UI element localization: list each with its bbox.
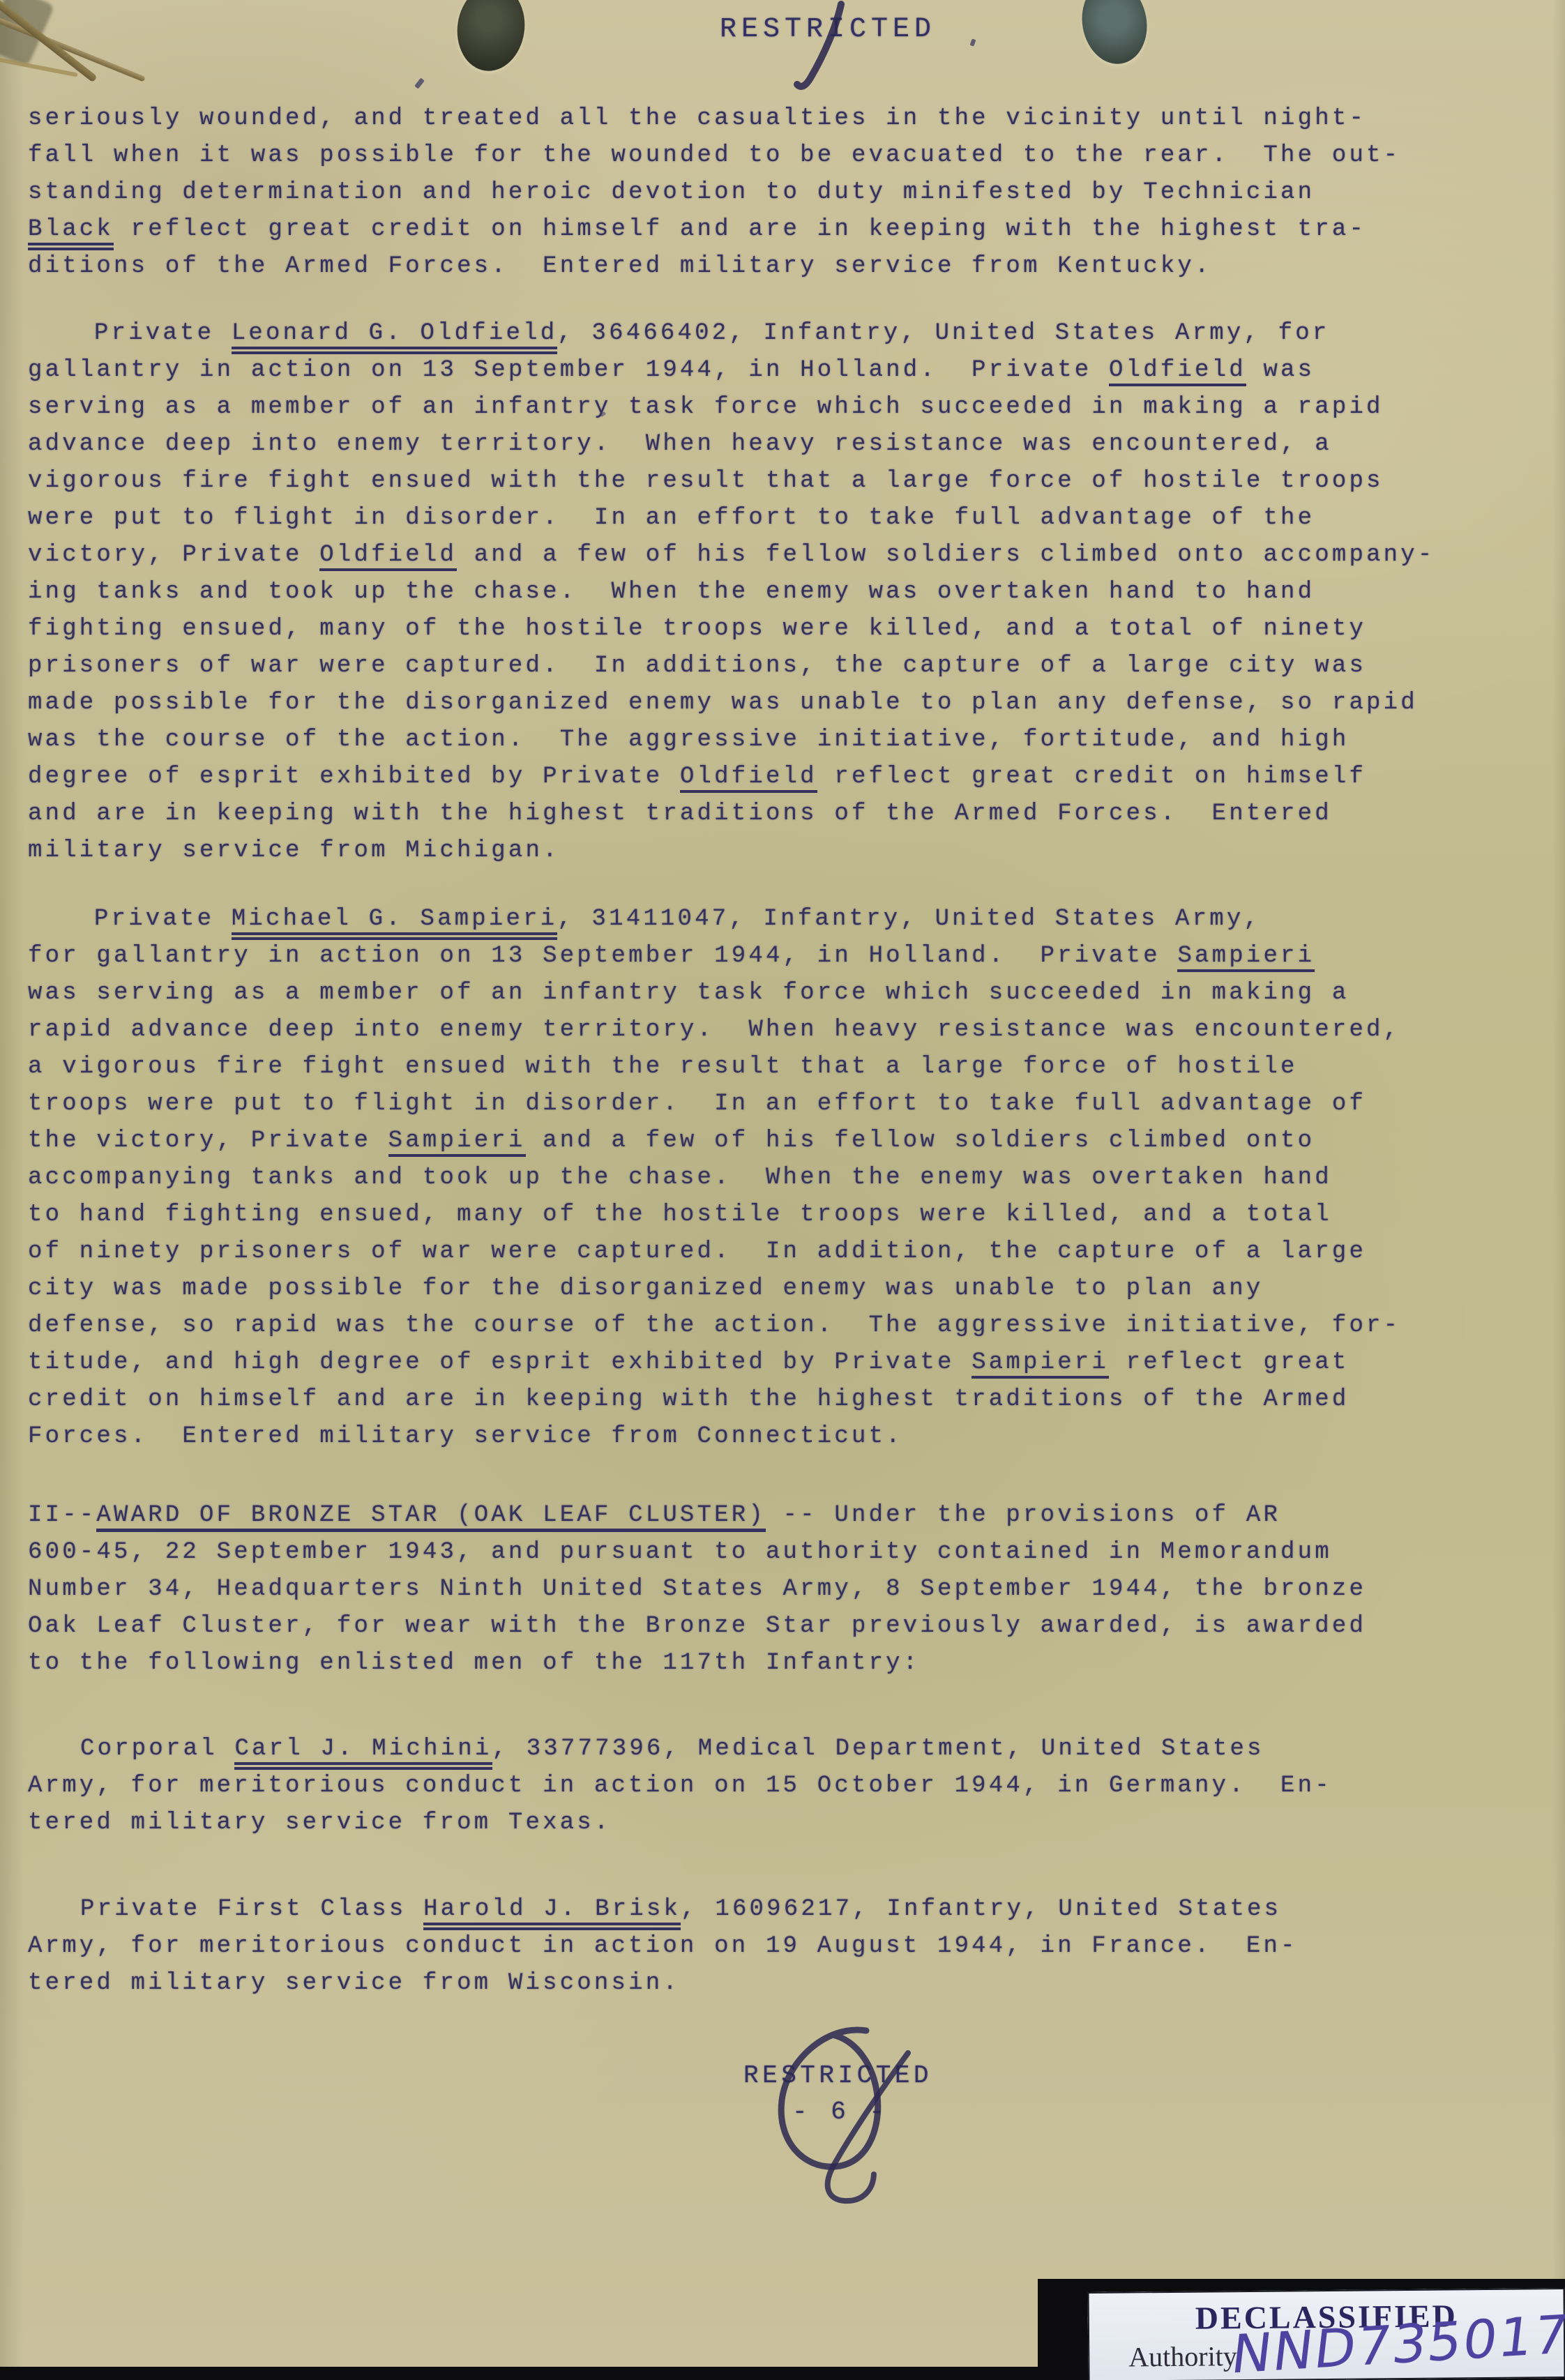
text-segment: Private <box>94 906 232 932</box>
text-segment: Army, for meritorious conduct in action … <box>28 1773 1332 1799</box>
text-segment: victory, Private <box>28 542 319 568</box>
typed-line: ditions of the Armed Forces. Entered mil… <box>28 248 1537 285</box>
punch-hole <box>452 0 530 75</box>
underlined-text: Oldfield <box>319 542 457 571</box>
text-segment: tered military service from Texas. <box>28 1810 612 1836</box>
text-segment: Forces. Entered military service from Co… <box>28 1423 903 1450</box>
typed-line: credit on himself and are in keeping wit… <box>28 1381 1537 1418</box>
underlined-text: AWARD OF BRONZE STAR (OAK LEAF CLUSTER) <box>96 1502 766 1532</box>
typed-line: Forces. Entered military service from Co… <box>28 1418 1537 1455</box>
underlined-text: Black <box>28 216 114 250</box>
typed-line: rapid advance deep into enemy territory.… <box>28 1012 1537 1049</box>
underlined-text: Michael G. Sampieri <box>232 906 557 940</box>
typed-line: II--AWARD OF BRONZE STAR (OAK LEAF CLUST… <box>28 1497 1537 1534</box>
text-segment: prisoners of war were captured. In addit… <box>28 653 1366 679</box>
typed-line: Private Leonard G. Oldfield, 36466402, I… <box>28 315 1537 352</box>
text-segment: II-- <box>28 1502 96 1529</box>
document-body: seriously wounded, and treated all the c… <box>28 100 1537 2002</box>
typed-line: titude, and high degree of esprit exhibi… <box>28 1344 1537 1381</box>
typed-line: accompanying tanks and took up the chase… <box>28 1160 1537 1197</box>
text-segment: Corporal <box>80 1736 234 1762</box>
text-segment: standing determination and heroic devoti… <box>28 179 1315 206</box>
text-segment: Army, for meritorious conduct in action … <box>28 1933 1298 1960</box>
text-segment: was <box>1246 357 1315 384</box>
page-edge-shading-right <box>1552 0 1565 2380</box>
typed-line: ing tanks and took up the chase. When th… <box>28 574 1537 611</box>
typed-line: Private First Class Harold J. Brisk, 160… <box>28 1891 1537 1928</box>
text-segment: fighting ensued, many of the hostile tro… <box>28 616 1366 642</box>
paragraph-michini-citation: Corporal Carl J. Michini, 33777396, Medi… <box>28 1731 1537 1842</box>
text-segment: degree of esprit exhibited by Private <box>28 764 680 790</box>
underlined-text: Sampieri <box>971 1349 1109 1379</box>
typed-line: Number 34, Headquarters Ninth United Sta… <box>28 1571 1537 1608</box>
declassified-authority-label: Authority <box>1128 2340 1237 2373</box>
text-segment: titude, and high degree of esprit exhibi… <box>28 1349 971 1376</box>
text-segment: gallantry in action on 13 September 1944… <box>28 357 1109 384</box>
underlined-text: Oldfield <box>680 764 817 793</box>
typed-line: tered military service from Texas. <box>28 1805 1537 1842</box>
typed-line: tered military service from Wisconsin. <box>28 1965 1537 2002</box>
text-segment: defense, so rapid was the course of the … <box>28 1312 1400 1339</box>
text-segment: of ninety prisoners of war were captured… <box>28 1238 1366 1265</box>
underlined-text: Leonard G. Oldfield <box>232 320 557 354</box>
typed-line: degree of esprit exhibited by Private Ol… <box>28 759 1537 796</box>
typed-line: standing determination and heroic devoti… <box>28 174 1537 211</box>
typed-line: made possible for the disorganized enemy… <box>28 685 1537 722</box>
declassified-stamp: DECLASSIFIED Authority NND735017 <box>1087 2288 1565 2380</box>
typed-line: and are in keeping with the highest trad… <box>28 796 1537 833</box>
document-page: RESTRICTED RESTRICTED - 6 - seriously wo… <box>0 0 1565 2380</box>
text-segment: was serving as a member of an infantry t… <box>28 980 1349 1006</box>
typed-line: gallantry in action on 13 September 1944… <box>28 352 1537 389</box>
text-segment: Private First Class <box>80 1896 423 1923</box>
restricted-stamp-bottom: RESTRICTED <box>743 2061 932 2090</box>
text-segment: military service from Michigan. <box>28 837 560 864</box>
text-segment: -- Under the provisions of AR <box>766 1502 1280 1529</box>
typed-line: prisoners of war were captured. In addit… <box>28 648 1537 685</box>
text-segment: the victory, Private <box>28 1128 388 1154</box>
typed-line: for gallantry in action on 13 September … <box>28 938 1537 975</box>
text-segment: advance deep into enemy territory. When … <box>28 431 1332 457</box>
text-segment: for gallantry in action on 13 September … <box>28 943 1177 969</box>
typed-line: Black reflect great credit on himself an… <box>28 211 1537 248</box>
section-ii-award-of-bronze-star: II--AWARD OF BRONZE STAR (OAK LEAF CLUST… <box>28 1497 1537 1682</box>
typed-line: fall when it was possible for the wounde… <box>28 137 1537 174</box>
typed-line: a vigorous fire fight ensued with the re… <box>28 1049 1537 1086</box>
underlined-text: Oldfield <box>1109 357 1246 386</box>
paragraph-oldfield-citation: Private Leonard G. Oldfield, 36466402, I… <box>28 315 1537 870</box>
typed-line: military service from Michigan. <box>28 833 1537 870</box>
ink-speck <box>414 77 425 89</box>
typed-line: troops were put to flight in disorder. I… <box>28 1086 1537 1123</box>
restricted-stamp-top: RESTRICTED <box>720 14 936 45</box>
underlined-text: Carl J. Michini <box>234 1736 492 1770</box>
text-segment: and are in keeping with the highest trad… <box>28 801 1332 827</box>
text-segment: made possible for the disorganized enemy… <box>28 690 1418 716</box>
typed-line: Corporal Carl J. Michini, 33777396, Medi… <box>28 1731 1537 1768</box>
text-segment: a vigorous fire fight ensued with the re… <box>28 1054 1298 1080</box>
text-segment: seriously wounded, and treated all the c… <box>28 105 1366 132</box>
typed-line: was serving as a member of an infantry t… <box>28 975 1537 1012</box>
text-segment: , 16096217, Infantry, United States <box>681 1896 1281 1923</box>
text-segment: vigorous fire fight ensued with the resu… <box>28 468 1384 494</box>
text-segment: , 36466402, Infantry, United States Army… <box>557 320 1329 347</box>
text-segment: to the following enlisted men of the 117… <box>28 1650 920 1676</box>
typed-line: defense, so rapid was the course of the … <box>28 1308 1537 1344</box>
underlined-text: Harold J. Brisk <box>423 1896 681 1930</box>
typed-line: victory, Private Oldfield and a few of h… <box>28 537 1537 574</box>
page-number: - 6 - <box>792 2098 889 2126</box>
text-segment: 600-45, 22 September 1943, and pursuant … <box>28 1539 1332 1566</box>
typed-line: were put to flight in disorder. In an ef… <box>28 500 1537 537</box>
paragraph-sampieri-citation: Private Michael G. Sampieri, 31411047, I… <box>28 901 1537 1455</box>
typed-line: vigorous fire fight ensued with the resu… <box>28 463 1537 500</box>
typed-line: fighting ensued, many of the hostile tro… <box>28 611 1537 648</box>
text-segment: Number 34, Headquarters Ninth United Sta… <box>28 1576 1366 1602</box>
typed-line: to hand fighting ensued, many of the hos… <box>28 1197 1537 1234</box>
text-segment: and a few of his fellow soldiers climbed… <box>457 542 1435 568</box>
text-segment: fall when it was possible for the wounde… <box>28 142 1400 169</box>
underlined-text: Sampieri <box>1177 943 1315 972</box>
typed-line: was the course of the action. The aggres… <box>28 722 1537 759</box>
text-segment: , 31411047, Infantry, United States Army… <box>557 906 1261 932</box>
typed-line: advance deep into enemy territory. When … <box>28 426 1537 463</box>
text-segment: rapid advance deep into enemy territory.… <box>28 1017 1400 1043</box>
typed-line: Private Michael G. Sampieri, 31411047, I… <box>28 901 1537 938</box>
punch-hole <box>1075 0 1153 69</box>
text-segment: accompanying tanks and took up the chase… <box>28 1165 1332 1191</box>
text-segment: tered military service from Wisconsin. <box>28 1970 680 1996</box>
typed-line: city was made possible for the disorgani… <box>28 1271 1537 1308</box>
typed-line: Army, for meritorious conduct in action … <box>28 1768 1537 1805</box>
text-segment: ing tanks and took up the chase. When th… <box>28 579 1315 605</box>
text-segment: serving as a member of an infantry task … <box>28 394 1384 420</box>
text-segment: and a few of his fellow soldiers climbed… <box>526 1128 1315 1154</box>
text-segment: to hand fighting ensued, many of the hos… <box>28 1202 1332 1228</box>
text-segment: reflect great credit on himself and are … <box>114 216 1366 243</box>
text-segment: Oak Leaf Cluster, for wear with the Bron… <box>28 1613 1366 1639</box>
text-segment: Private <box>94 320 232 347</box>
text-segment: reflect great credit on himself <box>817 764 1366 790</box>
text-segment: were put to flight in disorder. In an ef… <box>28 505 1315 531</box>
text-segment: troops were put to flight in disorder. I… <box>28 1091 1366 1117</box>
typed-line: of ninety prisoners of war were captured… <box>28 1234 1537 1271</box>
text-segment: city was made possible for the disorgani… <box>28 1275 1263 1302</box>
text-segment: ditions of the Armed Forces. Entered mil… <box>28 253 1212 280</box>
typed-line: serving as a member of an infantry task … <box>28 389 1537 426</box>
typed-line: 600-45, 22 September 1943, and pursuant … <box>28 1534 1537 1571</box>
text-segment: reflect great <box>1109 1349 1349 1376</box>
paragraph-black-citation-continuation: seriously wounded, and treated all the c… <box>28 100 1537 285</box>
page-edge-shading-left <box>0 0 24 2380</box>
typed-line: Army, for meritorious conduct in action … <box>28 1928 1537 1965</box>
text-segment: credit on himself and are in keeping wit… <box>28 1386 1349 1413</box>
typed-line: to the following enlisted men of the 117… <box>28 1645 1537 1682</box>
ink-speck <box>969 38 976 46</box>
typed-line: seriously wounded, and treated all the c… <box>28 100 1537 137</box>
text-segment: , 33777396, Medical Department, United S… <box>492 1736 1264 1762</box>
paragraph-brisk-citation: Private First Class Harold J. Brisk, 160… <box>28 1891 1537 2002</box>
typed-line: Oak Leaf Cluster, for wear with the Bron… <box>28 1608 1537 1645</box>
text-segment: was the course of the action. The aggres… <box>28 727 1349 753</box>
underlined-text: Sampieri <box>388 1128 526 1157</box>
typed-line: the victory, Private Sampieri and a few … <box>28 1123 1537 1160</box>
